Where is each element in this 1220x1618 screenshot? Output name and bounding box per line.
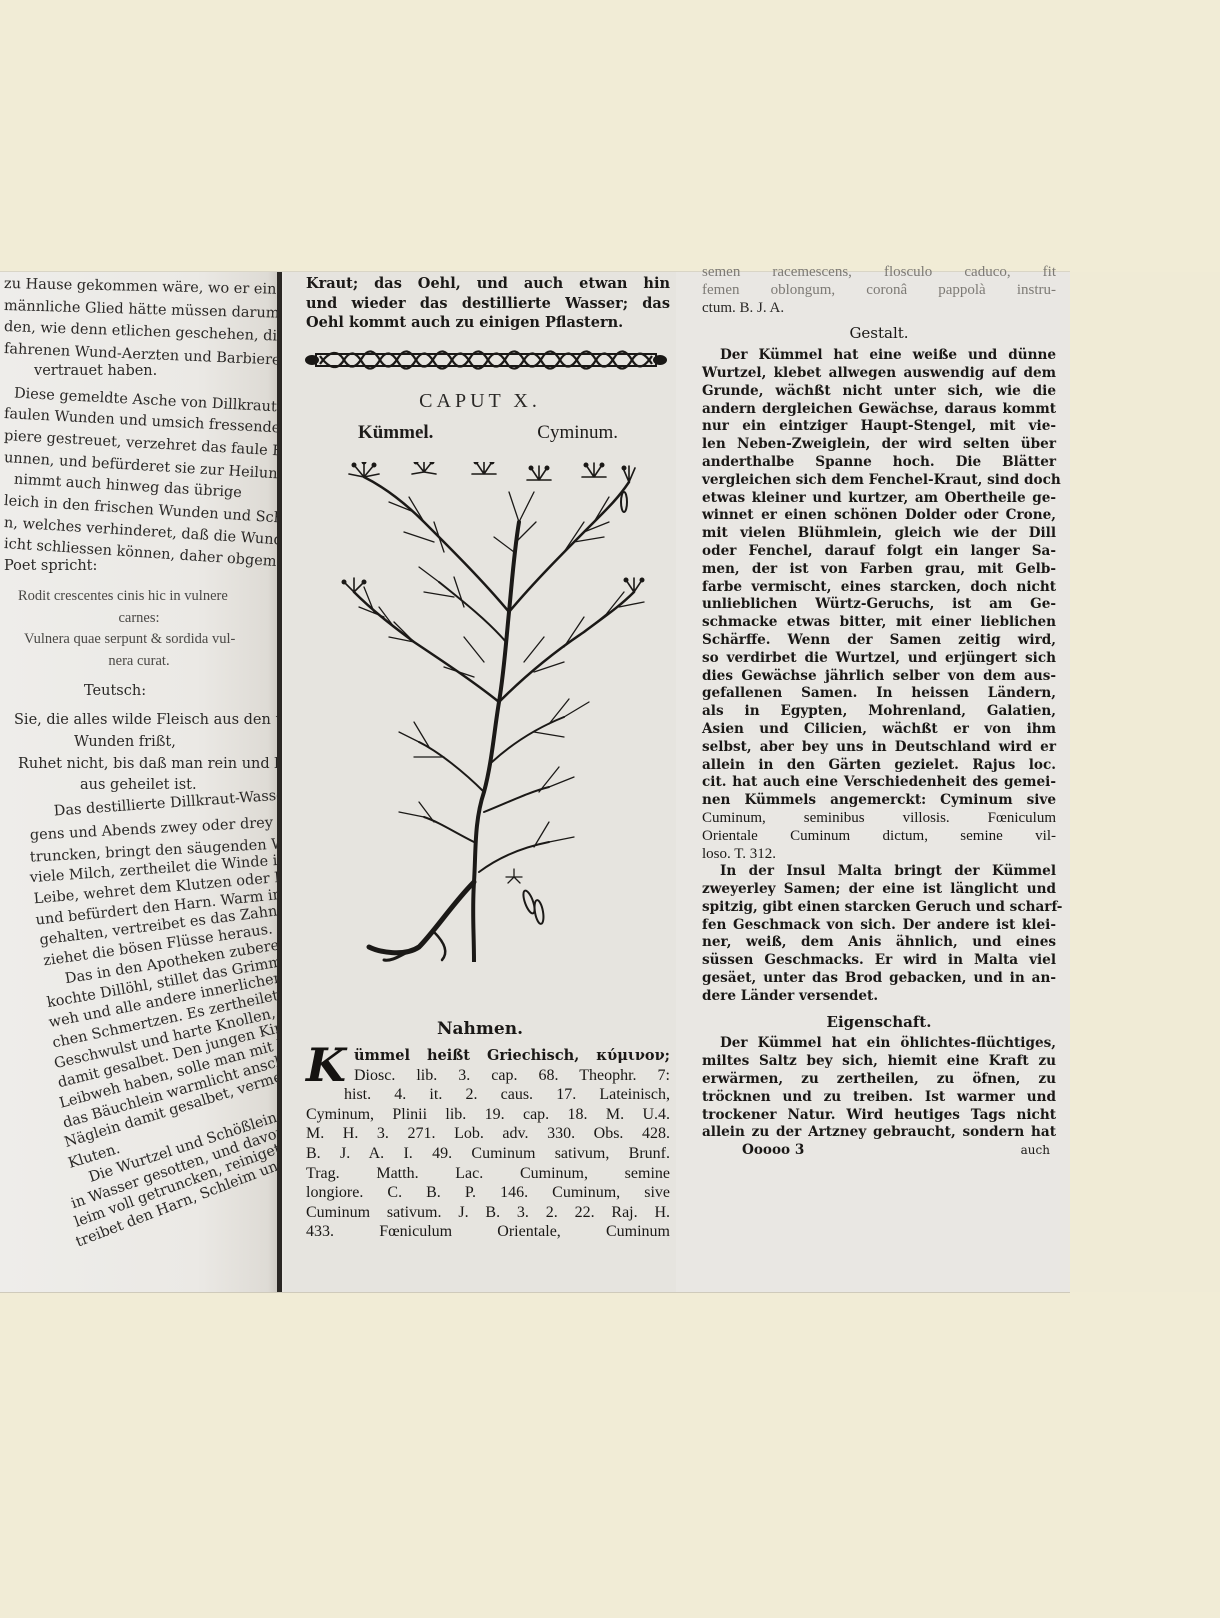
printer-signature: Ooooo 3 xyxy=(742,1142,804,1160)
text-line: nen Kümmels angemerckt: Cyminum sive xyxy=(702,792,1056,810)
text-line: anderthalbe Spanne hoch. Die Blätter xyxy=(702,454,1056,472)
right-page: semen racemescens, flosculo caduco, fit … xyxy=(676,272,1070,1292)
text-line: winnet er einen schönen Dolder oder Cron… xyxy=(702,507,1056,525)
text-line: Cuminum sativum. J. B. 3. 2. 22. Raj. H. xyxy=(306,1203,670,1223)
text-line: Cyminum, Plinii lib. 19. cap. 18. M. U.4… xyxy=(306,1105,670,1125)
ornament-border xyxy=(304,350,668,370)
text-line: allein in den Gärten gezielet. Rajus loc… xyxy=(702,757,1056,775)
page-gutter-shadow xyxy=(277,272,282,1292)
text-line: 433. Fœniculum Orientale, Cuminum xyxy=(306,1222,670,1242)
text-line: vergleichen sich dem Fenchel-Kraut, sind… xyxy=(702,472,1056,490)
text-line: ner, weiß, dem Anis ähnlich, und eines xyxy=(702,934,1056,952)
text-line: Wurtzel, klebet allwegen auswendig auf d… xyxy=(702,365,1056,383)
text-line: trockener Natur. Wird heutiges Tags nich… xyxy=(702,1107,1056,1125)
text-line: schmacke etwas bitter, mit einer lieblic… xyxy=(702,614,1056,632)
text-line: Der Kümmel hat eine weiße und dünne xyxy=(702,347,1056,365)
verse-line: Wunden frißt, xyxy=(4,732,274,754)
text-line: Asien und Cilicien, wächßt er von ihm xyxy=(702,721,1056,739)
text-line: so verdirbet die Wurtzel, und erjüngert … xyxy=(702,650,1056,668)
signature-line: Ooooo 3 auch xyxy=(702,1142,1056,1160)
text-line: selbst, aber bey uns in Deutschland wird… xyxy=(702,739,1056,757)
text-line: B. J. A. I. 49. Cuminum sativum, Brunf. xyxy=(306,1144,670,1164)
text-line: ctum. B. J. A. xyxy=(702,300,1056,318)
text-line: gefallenen Samen. In heissen Ländern, xyxy=(702,685,1056,703)
left-page-text: zu Hause gekommen wäre, wo er einen männ… xyxy=(4,274,274,1283)
text-line: als in Egypten, Mohrenland, Galatien, xyxy=(702,703,1056,721)
text-line: spitzig, gibt einen starcken Geruch und … xyxy=(702,899,1056,917)
verse-line: Ruhet nicht, bis daß man rein und bey xyxy=(4,754,274,776)
latin-verse-line: Rodit crescentes cinis hic in vulnere xyxy=(4,586,274,608)
text-line: Orientale Cuminum dictum, semine vil- xyxy=(702,828,1056,846)
section-heading-gestalt: Gestalt. xyxy=(702,325,1056,343)
section-heading-nahmen: Nahmen. xyxy=(284,1019,676,1039)
text-line: ümmel heißt Griechisch, κύμινον; xyxy=(306,1046,670,1066)
text-line: erwärmen, zu zertheilen, zu öfnen, zu xyxy=(702,1071,1056,1089)
text-line: Kraut; das Oehl, und auch etwan hin xyxy=(306,274,670,294)
text-line: hist. 4. it. 2. caus. 17. Lateinisch, xyxy=(306,1085,670,1105)
verse-line: Sie, die alles wilde Fleisch aus den tie… xyxy=(4,710,274,732)
left-page: zu Hause gekommen wäre, wo er einen männ… xyxy=(0,272,282,1292)
text-line: etwas kleiner und kurtzer, am Obertheile… xyxy=(702,490,1056,508)
text-line: andern dergleichen Gewächse, daraus komm… xyxy=(702,401,1056,419)
woodcut-cumin-plant-illustration xyxy=(324,462,654,962)
plant-name-latin: Cyminum. xyxy=(537,422,618,444)
book-scan: zu Hause gekommen wäre, wo er einen männ… xyxy=(0,272,1070,1292)
chapter-title: CAPUT X. xyxy=(284,390,676,413)
right-page-text: semen racemescens, flosculo caduco, fit … xyxy=(702,272,1056,1160)
text-line: fen Geschmack von sich. Der andere ist k… xyxy=(702,917,1056,935)
text-line: M. H. 3. 271. Lob. adv. 330. Obs. 428. xyxy=(306,1124,670,1144)
text-line: Oehl kommt auch zu einigen Pflastern. xyxy=(306,313,670,333)
text-line: Grunde, wächßt nicht unter sich, wie die xyxy=(702,383,1056,401)
nahmen-paragraph: ümmel heißt Griechisch, κύμινον; Diosc. … xyxy=(306,1046,670,1242)
section-heading-eigenschaft: Eigenschaft. xyxy=(702,1014,1056,1032)
text-line: longiore. C. B. P. 146. Cuminum, sive xyxy=(306,1183,670,1203)
text-line: men, der ist von Farben grau, mit Gelb- xyxy=(702,561,1056,579)
latin-verse-line: nera curat. xyxy=(4,651,274,673)
continued-paragraph: Kraut; das Oehl, und auch etwan hin und … xyxy=(306,274,670,333)
plant-name-row: Kümmel. Cyminum. xyxy=(306,422,670,444)
text-line: tröcknen und zu treiben. Ist warmer und xyxy=(702,1089,1056,1107)
latin-verse-line: carnes: xyxy=(4,608,274,630)
text-line: süssen Geschmacks. Er wird in Malta viel xyxy=(702,952,1056,970)
text-line: und wieder das destillierte Wasser; das xyxy=(306,294,670,314)
text-line: mit vielen Blühmlein, gleich wie der Dil… xyxy=(702,525,1056,543)
text-line: dere Länder versendet. xyxy=(702,988,1056,1006)
catchword: auch xyxy=(1021,1142,1050,1160)
text-line: oder Fenchel, darauf folgt ein langer Sa… xyxy=(702,543,1056,561)
text-line: femen oblongum, coronâ pappolà instru- xyxy=(702,282,1056,300)
text-line: Der Kümmel hat ein öhlichtes-flüchtiges, xyxy=(702,1035,1056,1053)
text-line: len Neben-Zweiglein, der wird selten übe… xyxy=(702,436,1056,454)
text-line: farbe vermischt, eines starcken, doch ni… xyxy=(702,579,1056,597)
text-line: nur ein eintziger Haupt-Stengel, mit vie… xyxy=(702,418,1056,436)
text-line: allein zu der Artzney gebraucht, sondern… xyxy=(702,1124,1056,1142)
center-page: Kraut; das Oehl, und auch etwan hin und … xyxy=(284,272,676,1292)
latin-verse-line: Vulnera quae serpunt & sordida vul- xyxy=(4,629,274,651)
text-line: semen racemescens, flosculo caduco, fit xyxy=(702,264,1056,282)
text-line: miltes Saltz bey sich, hiemit eine Kraft… xyxy=(702,1053,1056,1071)
plant-name-german: Kümmel. xyxy=(358,422,433,444)
verse-heading: Teutsch: xyxy=(4,681,274,703)
text-line: gesäet, unter das Brod gebacken, und in … xyxy=(702,970,1056,988)
text-line: loso. T. 312. xyxy=(702,846,1056,864)
text-line: Trag. Matth. Lac. Cuminum, semine xyxy=(306,1164,670,1184)
text-line: cit. hat auch eine Verschiedenheit des g… xyxy=(702,774,1056,792)
text-line: Diosc. lib. 3. cap. 68. Theophr. 7: xyxy=(306,1066,670,1086)
text-line: Schärffe. Wenn der Samen zeitig wird, xyxy=(702,632,1056,650)
background-mat xyxy=(1070,272,1220,1292)
text-line: unlieblichen Würtz-Geruchs, ist am Ge- xyxy=(702,596,1056,614)
text-line: zweyerley Samen; der eine ist länglicht … xyxy=(702,881,1056,899)
text-line: Cuminum, seminibus villosis. Fœniculum xyxy=(702,810,1056,828)
text-line: In der Insul Malta bringt der Kümmel xyxy=(702,863,1056,881)
text-line: dies Gewächse jährlich selber von dem au… xyxy=(702,668,1056,686)
